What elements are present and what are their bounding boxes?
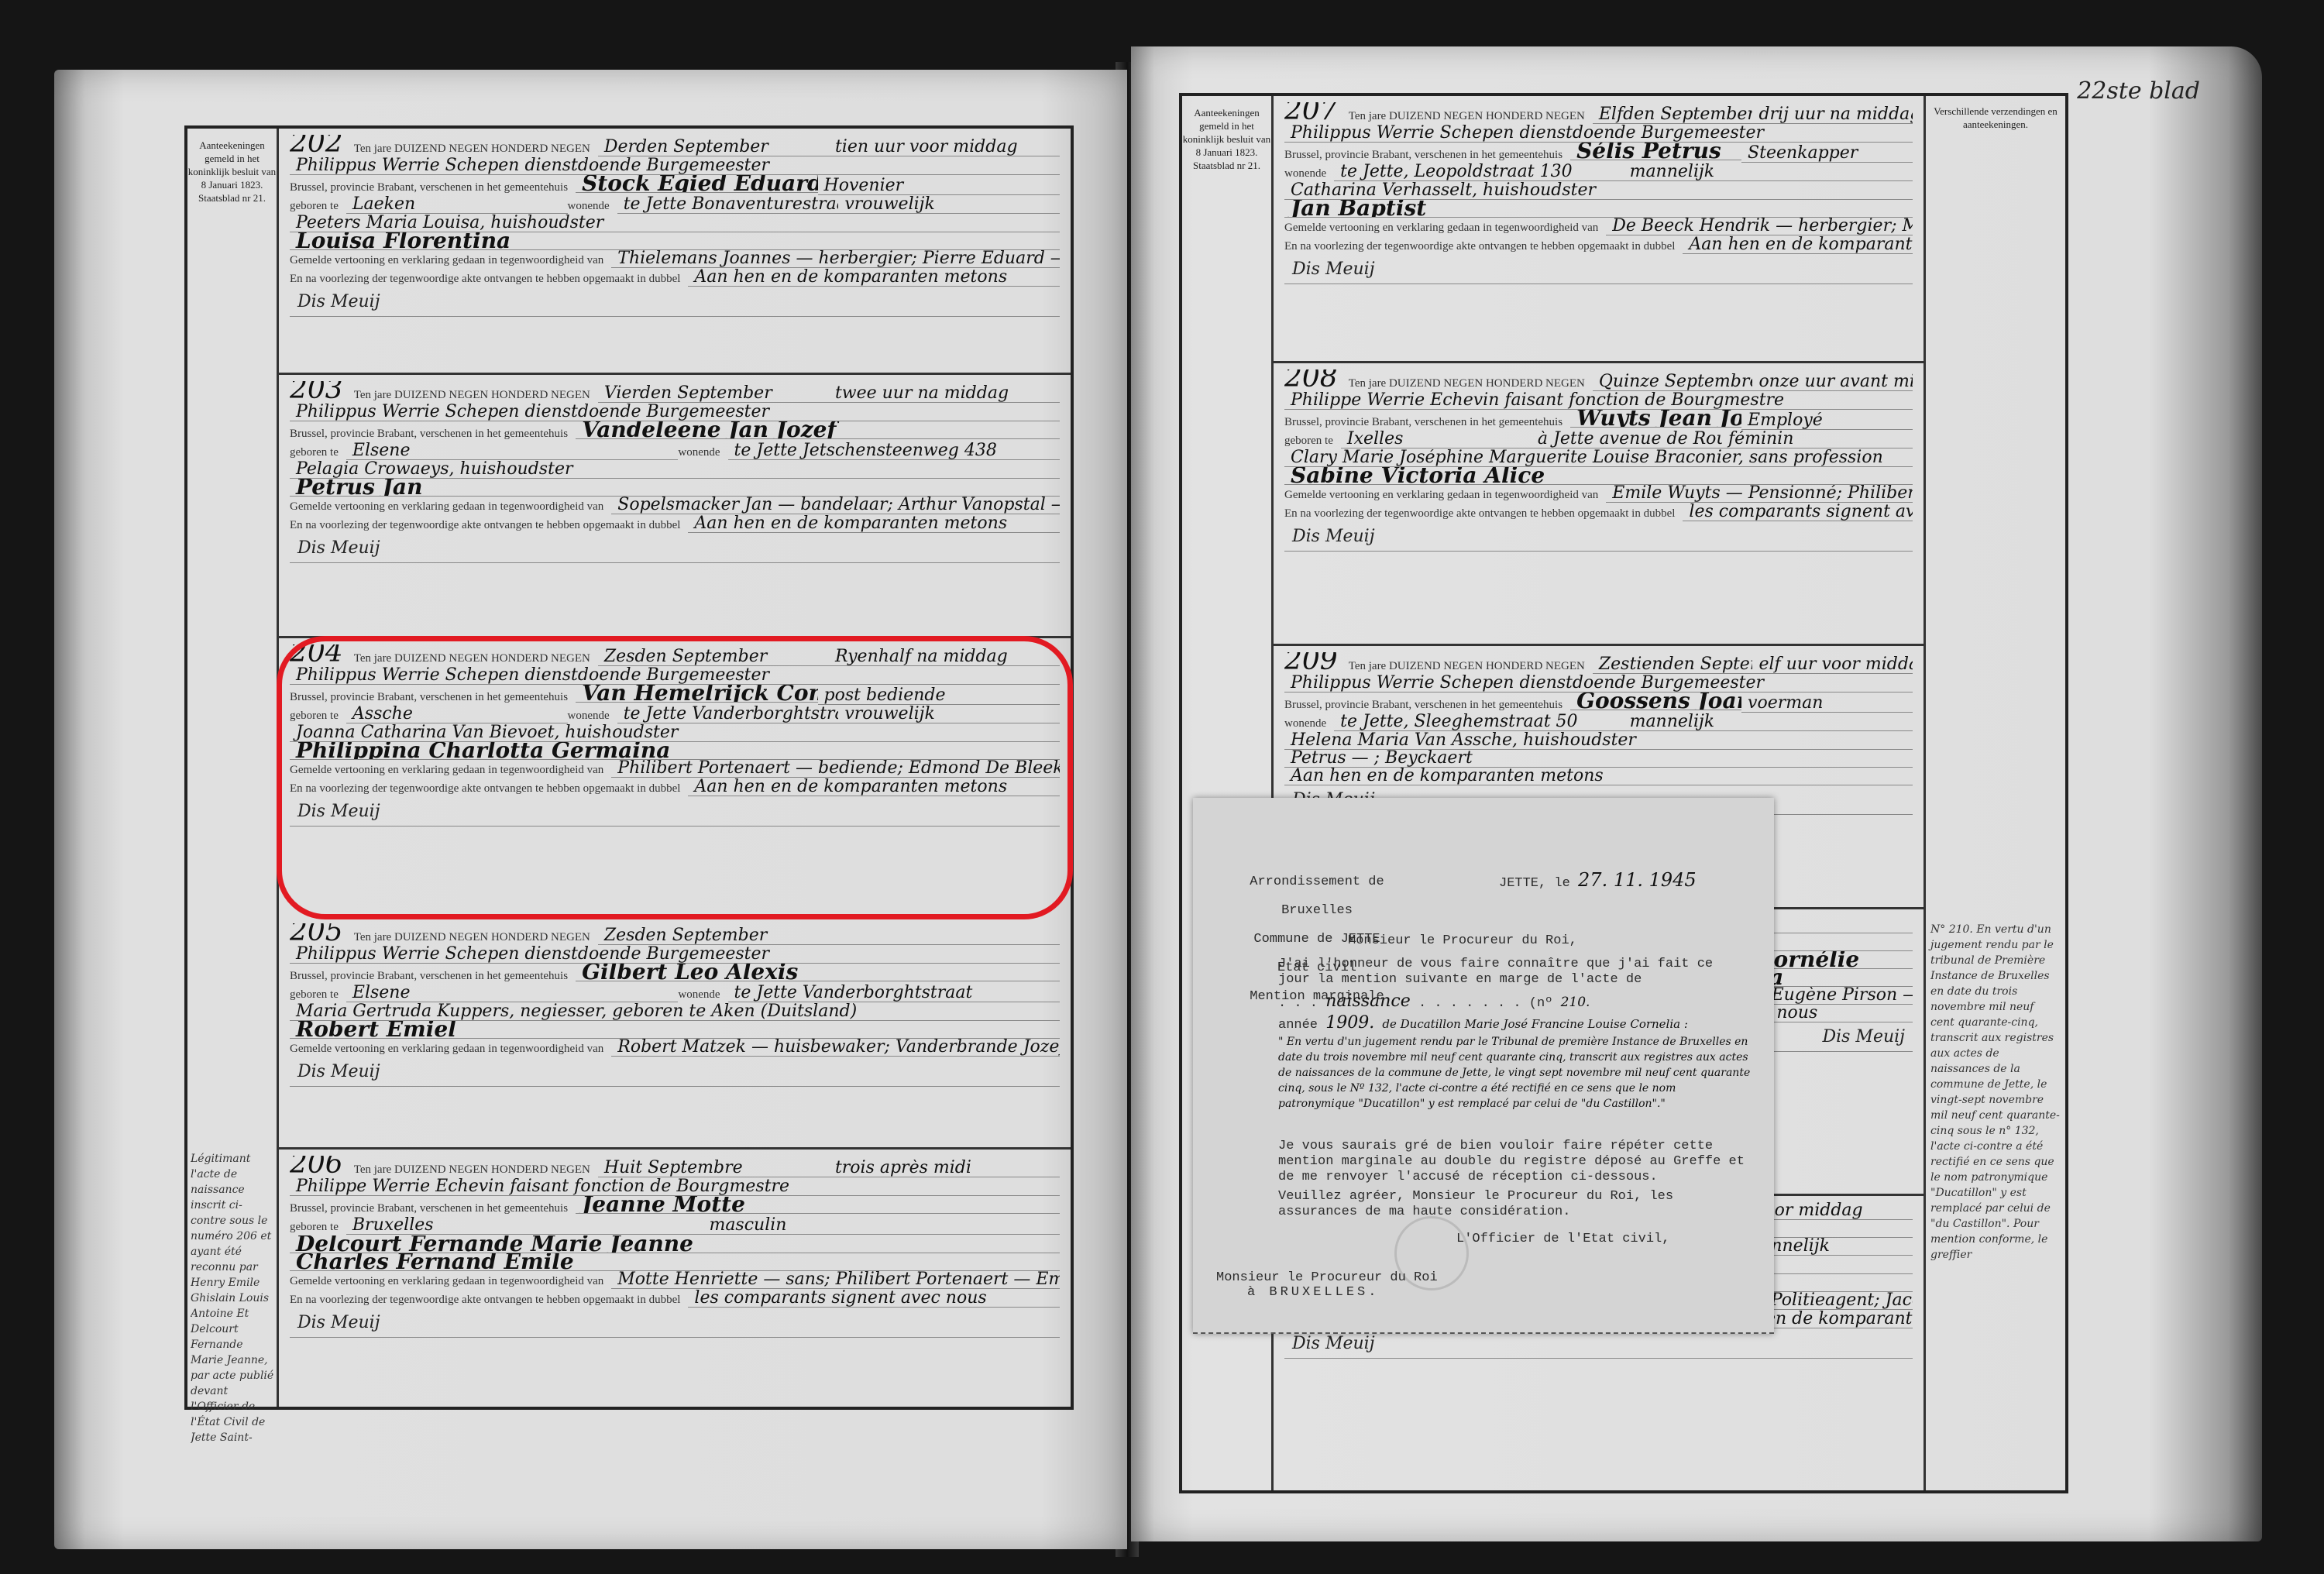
birth-entry-205[interactable]: 205Ten jare DUIZEND NEGEN HONDERD NEGENZ… <box>279 917 1071 1150</box>
birth-entry-208[interactable]: 208Ten jare DUIZEND NEGEN HONDERD NEGENQ… <box>1274 363 1923 646</box>
declarant: Stock Egied Eduard <box>576 175 817 193</box>
page-marker: 22ste blad <box>2077 77 2200 105</box>
entries-left: 202Ten jare DUIZEND NEGEN HONDERD NEGEND… <box>279 129 1071 1407</box>
register-frame-left: Aanteekeningen gemeld in het koninklijk … <box>184 125 1074 1410</box>
birth-entry-207[interactable]: 207Ten jare DUIZEND NEGEN HONDERD NEGENE… <box>1274 96 1923 363</box>
letter-para1: J'ai l'honneur de vous faire connaître q… <box>1278 957 1743 988</box>
birth-entry-203[interactable]: 203Ten jare DUIZEND NEGEN HONDERD NEGENV… <box>279 375 1071 638</box>
margin-note-206: Légitimant l'acte de naissance inscrit c… <box>191 1151 274 1445</box>
margin-header-verzendingen: Verschillende verzendingen en aanteekeni… <box>1923 96 2065 1490</box>
letter-signatory: L'Officier de l'Etat civil, <box>1456 1232 1669 1246</box>
letter-para3: Veuillez agréer, Monsieur le Procureur d… <box>1278 1189 1751 1220</box>
letter-para2: Je vous saurais gré de bien vouloir fair… <box>1278 1139 1751 1185</box>
letter-date: JETTE, le 27. 11. 1945 <box>1499 869 1697 891</box>
attached-letter-mention-marginale: Arrondissement de Bruxelles Commune de J… <box>1193 798 1774 1334</box>
officer: Philippus Werrie Schepen dienstdoende Bu… <box>290 157 1060 175</box>
signature: Dis Meuij <box>290 287 1060 317</box>
left-page: Aanteekeningen gemeld in het koninklijk … <box>54 70 1127 1549</box>
letter-addressee: Monsieur le Procureur du Roi à BRUXELLES… <box>1216 1270 1438 1300</box>
birth-entry-206[interactable]: 206Ten jare DUIZEND NEGEN HONDERD NEGENH… <box>279 1150 1071 1390</box>
letter-salutation: Monsieur le Procureur du Roi, <box>1348 933 1577 948</box>
margin-note-210: N° 210. En vertu d'un jugement rendu par… <box>1926 922 2065 1325</box>
entry-date: Derden September <box>598 139 829 156</box>
letter-mention-text: " En vertu d'un jugement rendu par le Tr… <box>1278 1034 1751 1112</box>
birth-entry-202[interactable]: 202Ten jare DUIZEND NEGEN HONDERD NEGEND… <box>279 129 1071 375</box>
letter-acte-line: . . . naissance . . . . . . . (nº 210. <box>1278 991 1743 1011</box>
letter-annee-line: année 1909. de Ducatillon Marie José Fra… <box>1278 1013 1758 1033</box>
child-name: Louisa Florentina <box>290 232 1060 250</box>
entry-number: 202 <box>290 135 343 152</box>
birth-entry-204-highlighted[interactable]: 204Ten jare DUIZEND NEGEN HONDERD NEGENZ… <box>279 638 1071 917</box>
